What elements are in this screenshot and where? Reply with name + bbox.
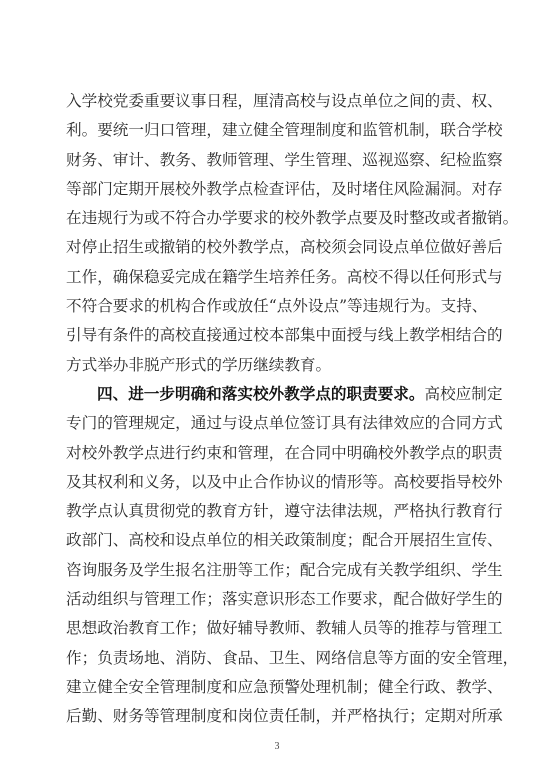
text-line: 对校外教学点进行约束和管理，在合同中明确校外教学点的职责 bbox=[66, 439, 486, 468]
text-line: 入学校党委重要议事日程，厘清高校与设点单位之间的责、权、 bbox=[66, 87, 486, 116]
text-line: 不符合要求的机构合作或放任“点外设点”等违规行为。支持、 bbox=[66, 292, 486, 321]
text-line: 思想政治教育工作；做好辅导教师、教辅人员等的推荐与管理工 bbox=[66, 614, 486, 643]
text-line: 建立健全安全管理制度和应急预警处理机制；健全行政、教学、 bbox=[66, 673, 486, 702]
text-line: 作；负责场地、消防、食品、卫生、网络信息等方面的安全管理， bbox=[66, 644, 486, 673]
section-heading: 四、进一步明确和落实校外教学点的职责要求。 bbox=[97, 385, 424, 403]
text-line: 对停止招生或撤销的校外教学点，高校须会同设点单位做好善后 bbox=[66, 233, 486, 262]
text-line: 等部门定期开展校外教学点检查评估，及时堵住风险漏洞。对存 bbox=[66, 175, 486, 204]
text-line: 后勤、财务等管理制度和岗位责任制，并严格执行；定期对所承 bbox=[66, 702, 486, 731]
text-line: 财务、审计、教务、教师管理、学生管理、巡视巡察、纪检监察 bbox=[66, 146, 486, 175]
section-heading-line: 四、进一步明确和落实校外教学点的职责要求。高校应制定 bbox=[66, 380, 486, 409]
text-line: 在违规行为或不符合办学要求的校外教学点要及时整改或者撤销。 bbox=[66, 204, 486, 233]
document-page: 入学校党委重要议事日程，厘清高校与设点单位之间的责、权、 利。要统一归口管理，建… bbox=[0, 0, 554, 783]
text-line: 专门的管理规定，通过与设点单位签订具有法律效应的合同方式 bbox=[66, 409, 486, 438]
document-body: 入学校党委重要议事日程，厘清高校与设点单位之间的责、权、 利。要统一归口管理，建… bbox=[66, 87, 486, 732]
page-number: 3 bbox=[0, 741, 554, 752]
text-line: 政部门、高校和设点单位的相关政策制度；配合开展招生宣传、 bbox=[66, 526, 486, 555]
text-fragment: 高校应制定 bbox=[424, 385, 502, 403]
text-line: 及其权利和义务，以及中止合作协议的情形等。高校要指导校外 bbox=[66, 468, 486, 497]
text-line: 工作，确保稳妥完成在籍学生培养任务。高校不得以任何形式与 bbox=[66, 263, 486, 292]
text-line: 教学点认真贯彻党的教育方针，遵守法律法规，严格执行教育行 bbox=[66, 497, 486, 526]
text-line: 利。要统一归口管理，建立健全管理制度和监管机制，联合学校 bbox=[66, 116, 486, 145]
text-line: 活动组织与管理工作；落实意识形态工作要求，配合做好学生的 bbox=[66, 585, 486, 614]
text-line: 引导有条件的高校直接通过校本部集中面授与线上教学相结合的 bbox=[66, 321, 486, 350]
text-line: 方式举办非脱产形式的学历继续教育。 bbox=[66, 351, 486, 380]
text-line: 咨询服务及学生报名注册等工作；配合完成有关教学组织、学生 bbox=[66, 556, 486, 585]
